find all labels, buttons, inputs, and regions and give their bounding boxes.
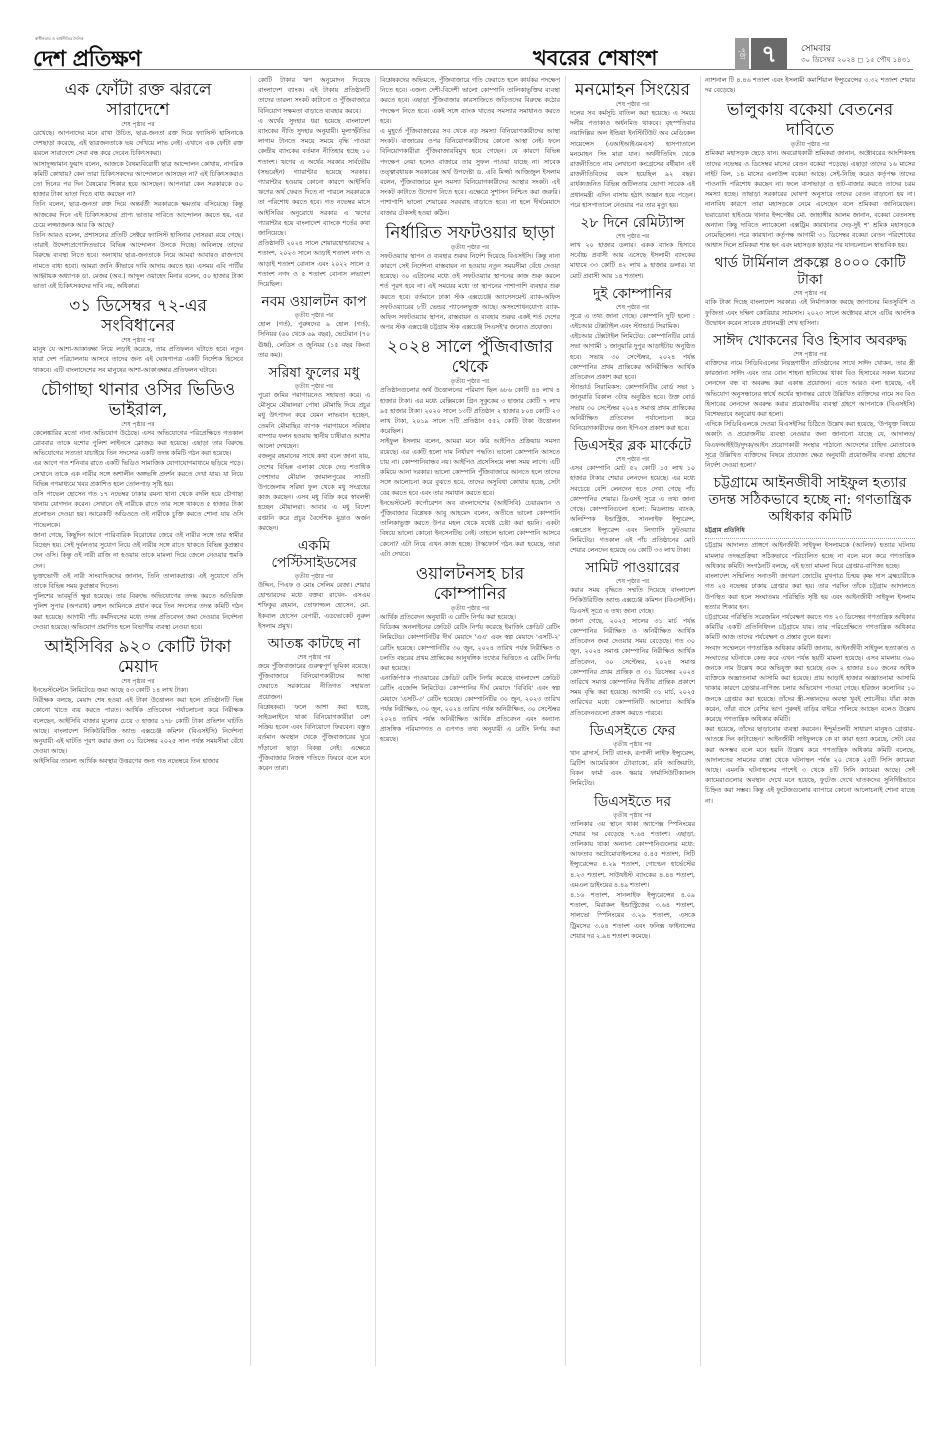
article-headline: সাঈদ খোকনের বিও হিসাব অবরুদ্ধ: [705, 333, 915, 350]
article-paragraph: এর আগে গত শনিবার রাতে একটি ভিডিও সামাজিক…: [33, 459, 243, 490]
article-paragraph: দলের সব কর্মসূচি বাতিল করা হয়েছে। এ সময…: [570, 109, 695, 211]
article-paragraph: বিশ্লেষকরা। ফলে আশা করা হচ্ছে, সাইডলাইনে…: [258, 703, 370, 774]
column-divider: [565, 76, 566, 1366]
column-divider: [250, 76, 251, 1366]
article-walton-four-companies: ওয়ালটনসহ চার কোম্পানির তৃতীয় পৃষ্ঠার প…: [380, 564, 560, 746]
article-paragraph: ন্যাশনাল টি ৪.৪৬ শতাংশ এবং ইসলামী কমার্শ…: [705, 76, 915, 96]
article-paragraph: ব্যক্তিদের নামে সিডিবিএলের নিয়ন্ত্রণাধী…: [705, 359, 915, 420]
jump-label: তৃতীয় পৃষ্ঠার পর: [705, 140, 915, 149]
article-headline: থার্ড টার্মিনাল প্রকল্পে ৪০০০ কোটি টাকা: [705, 255, 915, 289]
article-headline: দুই কোম্পানির: [570, 286, 695, 303]
article-remittance: ২৮ দিনে রেমিট্যান্স শেষ পৃষ্ঠার পর লাখ ২…: [570, 215, 695, 282]
jump-label: শেষ পৃষ্ঠার পর: [570, 232, 695, 241]
column-4: মনমোহন সিংয়ের শেষ পৃষ্ঠার পর দলের সব কর…: [570, 76, 695, 1366]
article-paragraph: এনার্জিপ্যাক পাওয়ারের ক্রেডিট রেটিং নির…: [380, 674, 560, 745]
article-paragraph: এইচআর টেক্সটাইল লিমিটেড: কোম্পানিটির বোর…: [570, 332, 695, 383]
article-paragraph: বাকি টাকা দিচ্ছে বাংলাদেশ সরকার। এই নির্…: [705, 298, 915, 329]
jump-label: শেষ পৃষ্ঠার পর: [705, 289, 915, 298]
article-headline: ডিএসইর ব্লক মার্কেটে: [570, 438, 695, 455]
article-icb: আইসিবির ৯২০ কোটি টাকা মেয়াদ শেষ পৃষ্ঠার…: [33, 637, 243, 768]
article-paragraph: সূত্রে এ তথ্য জানা গেছে। কোম্পানি দুটি হ…: [570, 312, 695, 332]
article-panic: আতঙ্ক কাটছে না শেষ পৃষ্ঠার পর ক্রয়ে পুঁ…: [258, 636, 370, 774]
article-walton-cup: নবম ওয়ালটন কাপ তৃতীয় পৃষ্ঠার পর হোল (গ…: [258, 294, 370, 361]
article-headline: একমি পেস্টিসাইডসের: [258, 538, 370, 572]
article-paragraph: সংবাদ সম্মেলনে গণতান্ত্রিক অধিকার কমিটি …: [705, 644, 915, 726]
article-paragraph: বজলুর রহমানের সাথে কথা বলে জানা যায়, দে…: [258, 452, 370, 534]
article-sayeed-khokon: সাঈদ খোকনের বিও হিসাব অবরুদ্ধ শেষ পৃষ্ঠা…: [705, 333, 915, 471]
jump-label: তৃতীয় পৃষ্ঠার পর: [258, 311, 370, 320]
article-paragraph: তিনি আরও বলেন, প্রশাসনের প্রতিটি সেক্টরে…: [33, 231, 243, 292]
article-headline: ২৮ দিনে রেমিট্যান্স: [570, 215, 695, 232]
article-headline: সামিট পাওয়ারের: [570, 560, 695, 577]
article-summit-power: সামিট পাওয়ারের শেষ পৃষ্ঠার পর করার সময়…: [570, 560, 695, 719]
article-two-companies: দুই কোম্পানির শেষ পৃষ্ঠার পর সূত্রে এ তথ…: [570, 286, 695, 434]
article-paragraph: স্ট্যান্ডার্ড সিরামিকস: কোম্পানিটির বোর্…: [570, 383, 695, 434]
article-paragraph: এদিকে সিডিবিএলকে দেওয়া বিএসইসির চিঠিতে …: [705, 420, 915, 471]
article-paragraph: পুলিশের ভাবমূর্তি ক্ষুণ্ণ হয়েছে। তার বি…: [33, 592, 243, 633]
article-paragraph: আইসিবির তারল্য আর্থিক অবস্থার উত্তরণের জ…: [33, 757, 243, 767]
article-paragraph: কেলেঙ্কারির মতো নানা অভিযোগ উঠেছে। এসব অ…: [33, 429, 243, 460]
article-chattogram-lawyer: চট্টগ্রামে আইনজীবী সাইফুল হত্যার তদন্ত স…: [705, 475, 915, 806]
article-paragraph: রেখেছে। আপনাদের মনে রাখা উচিত, ছাত্র-জনত…: [33, 129, 243, 160]
article-chougachha-oc: চৌগাছা থানার ওসির ভিডিও ভাইরাল, শেষ পৃষ্…: [33, 380, 243, 633]
article-paragraph: খান ব্রাদার্স, সিটি ব্যাংক, রূপালী লাইফ …: [570, 749, 695, 790]
article-paragraph: করা হয়েছে, তাঁদের ছাড়ানোর ব্যবস্থা করব…: [705, 725, 915, 807]
article-paragraph: চট্টগ্রামের পরিস্থিতি সরেজমিন পর্যবেক্ষণ…: [705, 613, 915, 644]
article-paragraph: জানা গেছে, কিছুদিন আগে পারিবারিক বিরোধের…: [33, 531, 243, 572]
article-headline: সরিষা ফুলের মধু: [258, 365, 370, 382]
article-headline: ৩১ ডিসেম্বর ৭২-এর সংবিধানের: [33, 296, 243, 336]
column-5: ন্যাশনাল টি ৪.৪৬ শতাংশ এবং ইসলামী কমার্শ…: [705, 76, 915, 1366]
article-paragraph: ভুক্তভোগী ওই নারী সাংবাদিকদের জানান, তিন…: [33, 572, 243, 592]
article-paragraph: চট্টগ্রাম আদালত প্রাঙ্গণে আইনজীবী সাইফুল…: [705, 541, 915, 572]
jump-label: তৃতীয় পৃষ্ঠার পর: [570, 811, 695, 820]
article-paragraph: বাংলাদেশ সম্মিলিত সনাতনী জাগরণ জোটের মুখ…: [705, 572, 915, 613]
article-paragraph: নিরীক্ষক বলছে, মেয়াদ শেষ হওয়া এই টাকা …: [33, 696, 243, 757]
article-paragraph: সাইফুল ইসলাম বলেন, আমরা মনে করি আইপিও প্…: [380, 437, 560, 498]
article-headline: ওয়ালটনসহ চার কোম্পানির: [380, 564, 560, 604]
jump-label: শেষ পৃষ্ঠার পর: [570, 303, 695, 312]
jump-label: শেষ পৃষ্ঠার পর: [570, 577, 695, 586]
jump-label: শেষ পৃষ্ঠার পর: [570, 100, 695, 109]
article-paragraph: ক্রয়ে পুঁজিবাজারের গুরুত্বপূর্ণ ভূমিকা …: [258, 662, 370, 703]
jump-label: শেষ পৃষ্ঠার পর: [33, 420, 243, 429]
jump-label: শেষ পৃষ্ঠার পর: [33, 120, 243, 129]
article-paragraph: লাখ ২০ হাজার ডলার। একক ব্যাংক হিসাবে সর্…: [570, 241, 695, 282]
article-bhaluka-wages: ভালুকায় বকেয়া বেতনের দাবিতে তৃতীয় পৃষ…: [705, 100, 915, 251]
column-1: এক ফোঁটা রক্ত ঝরলে সারাদেশে শেষ পৃষ্ঠার …: [33, 76, 243, 1366]
article-acme-pesticides: একমি পেস্টিসাইডসের তৃতীয় পৃষ্ঠার পর উদ্…: [258, 538, 370, 632]
jump-label: তৃতীয় পৃষ্ঠার পর: [380, 377, 560, 386]
page-number: ৭: [751, 38, 787, 70]
newspaper-logo: দেশ প্রতিক্ষণ: [33, 42, 141, 79]
article-paragraph: জানা গেছে, ২০২৫ সালের ৩১ মার্চ পর্যন্ত ক…: [570, 617, 695, 719]
jump-label: শেষ পৃষ্ঠার পর: [33, 677, 243, 686]
article-dse-price: ডিএসইতে দর তৃতীয় পৃষ্ঠার পর তালিকার ৩য়…: [570, 794, 695, 942]
article-paragraph: বিডিকম অনলাইনের ক্রেডিট রেটিং নির্ণয় কর…: [380, 623, 560, 674]
article-paragraph: প্রতিষ্ঠানগুলোর অর্থ উত্তোলনের পরিমাণ ছি…: [380, 386, 560, 437]
column-3: বিশ্লেষকদের অভিমতে, পুঁজিবাজারে গতি ফেরা…: [380, 76, 560, 1366]
article-paragraph: তালিকার ৩য় স্থানে থাকা অ্যাপেক্স স্পিনি…: [570, 820, 695, 891]
article-paragraph: এসব কোম্পানি মোট ৫২ কোটি ১৫ লাখ ১০ হাজার…: [570, 464, 695, 556]
article-paragraph: এ মুহূর্তে পুঁজিবাজারের সব থেকে বড় সমস্…: [380, 127, 560, 219]
article-mustard-honey: সরিষা ফুলের মধু তৃতীয় পৃষ্ঠার পর পুরো জ…: [258, 365, 370, 534]
section-title: খবরের শেষাংশ: [533, 42, 657, 77]
article-headline: আইসিবির ৯২০ কোটি টাকা মেয়াদ: [33, 637, 243, 677]
jump-label: তৃতীয় পৃষ্ঠার পর: [380, 604, 560, 613]
article-constitution: ৩১ ডিসেম্বর ৭২-এর সংবিধানের শেষ পৃষ্ঠার …: [33, 296, 243, 376]
article-headline: নবম ওয়ালটন কাপ: [258, 294, 370, 311]
article-paragraph: ৪.১৬ শতাংশ, সানলাইফ ইন্স্যুরেন্সের ৪.০৯ …: [570, 891, 695, 942]
article-dse-block-market: ডিএসইর ব্লক মার্কেটে শেষ পৃষ্ঠার পর এসব …: [570, 438, 695, 556]
article-paragraph: উদ্দিন, পিএফ ও মোঃ সেলিম রেজা। শেয়ার হো…: [258, 581, 370, 632]
article-paragraph: আর্থিক প্রতিবেদন অনুযায়ী এ রেটিং নির্ণয…: [380, 613, 560, 623]
article-headline: ২০২৪ সালে পুঁজিবাজার থেকে: [380, 337, 560, 377]
article-paragraph: তিনি বলেন, ছাত্র-জনতা রক্ত দিয়ে অন্তর্ব…: [33, 200, 243, 231]
article-headline: মনমোহন সিংয়ের: [570, 80, 695, 100]
article-paragraph: মানুষ যে আশা-আকাঙ্ক্ষা নিয়ে লড়াই করেছে…: [33, 345, 243, 376]
article-headline: চৌগাছা থানার ওসির ভিডিও ভাইরাল,: [33, 380, 243, 420]
article-paragraph: আসাদুজ্জামান ফুয়াদ বলেন, আজকে বৈষম্যবির…: [33, 160, 243, 201]
article-software: নির্ধারিত সফটওয়ার ছাড়া তৃতীয় পৃষ্ঠার …: [380, 223, 560, 334]
jump-label: তৃতীয় পৃষ্ঠার পর: [570, 740, 695, 749]
jump-label: শেষ পৃষ্ঠার পর: [570, 455, 695, 464]
jump-label: শেষ পৃষ্ঠার পর: [33, 336, 243, 345]
article-dse-again: ডিএসইতে ফের তৃতীয় পৃষ্ঠার পর খান ব্রাদা…: [570, 723, 695, 790]
byline: চট্টগ্রাম প্রতিনিধি: [705, 526, 915, 539]
article-paragraph: এ অর্থের সুদহার ধরা হয়েছে বাংলাদেশ ব্যা…: [258, 117, 370, 239]
article-manmohan: মনমোহন সিংয়ের শেষ পৃষ্ঠার পর দলের সব কর…: [570, 80, 695, 211]
page-label: পৃষ্ঠা: [735, 38, 749, 70]
article-paragraph: ইনভেস্টমেন্টস লিমিটেডে জমা আছে ৫৩ কোটি ১…: [33, 686, 243, 696]
article-headline: আতঙ্ক কাটছে না: [258, 636, 370, 653]
article-blood-drop: এক ফোঁটা রক্ত ঝরলে সারাদেশে শেষ পৃষ্ঠার …: [33, 80, 243, 292]
article-headline: ডিএসইতে দর: [570, 794, 695, 811]
article-paragraph: শ্রমিকরা মহাসড়ক ছেড়ে যান। অবরোধকারী শ্…: [705, 149, 915, 251]
masthead: স্বাধীনতার ও অর্থনীতির দৈনিক দেশ প্রতিক্…: [33, 36, 913, 70]
article-paragraph: পুরো জমির পরাগায়নেও সহায়তা করে। এ মৌসু…: [258, 391, 370, 452]
article-capital-market-2024: ২০২৪ সালে পুঁজিবাজার থেকে তৃতীয় পৃষ্ঠার…: [380, 337, 560, 559]
article-paragraph: কোটি টাকার ঋণ অনুমোদন দিয়েছে বাংলাদেশ ব…: [258, 76, 370, 117]
article-paragraph: সফটওয়্যার স্থাপন ও ব্যবহার শুরুর নির্দে…: [380, 252, 560, 334]
column-divider: [700, 76, 701, 1366]
jump-label: শেষ পৃষ্ঠার পর: [258, 653, 370, 662]
jump-label: শেষ পৃষ্ঠার পর: [705, 350, 915, 359]
article-paragraph: করার সময় বৃদ্ধিতে সম্মতি দিয়েছে বাংলাদ…: [570, 586, 695, 617]
column-divider: [375, 76, 376, 1366]
article-third-terminal: থার্ড টার্মিনাল প্রকল্পে ৪০০০ কোটি টাকা …: [705, 255, 915, 329]
article-headline: নির্ধারিত সফটওয়ার ছাড়া: [380, 223, 560, 243]
article-paragraph: ইনভেস্টমেন্ট কর্পোরেশন অব বাংলাদেশের (আই…: [380, 499, 560, 560]
jump-label: তৃতীয় পৃষ্ঠার পর: [380, 243, 560, 252]
article-headline: এক ফোঁটা রক্ত ঝরলে সারাদেশে: [33, 80, 243, 120]
article-headline: ভালুকায় বকেয়া বেতনের দাবিতে: [705, 100, 915, 140]
article-paragraph: হোল (গর্ত), পুরুষদের ৯ হোল (গর্ত), সিনিয…: [258, 320, 370, 361]
article-paragraph: বিশ্লেষকদের অভিমতে, পুঁজিবাজারে গতি ফেরা…: [380, 76, 560, 127]
article-headline: চট্টগ্রামে আইনজীবী সাইফুল হত্যার তদন্ত স…: [705, 475, 915, 526]
jump-label: তৃতীয় পৃষ্ঠার পর: [258, 382, 370, 391]
article-paragraph: প্রতিষ্ঠানটি ২০২৪ সালে শেয়ারহোল্ডারদের …: [258, 239, 370, 290]
jump-label: তৃতীয় পৃষ্ঠার পর: [258, 572, 370, 581]
article-headline: ডিএসইতে ফের: [570, 723, 695, 740]
column-2: কোটি টাকার ঋণ অনুমোদন দিয়েছে বাংলাদেশ ব…: [258, 76, 370, 1366]
article-paragraph: ওসি পাভেল হোসেন গত ১৭ নভেম্বর ঢাকার রমনা…: [33, 490, 243, 531]
issue-date: ৩০ ডিসেম্বর ২০২৪ ◻ ১৫ পৌষ ১৪৩১: [801, 54, 911, 66]
